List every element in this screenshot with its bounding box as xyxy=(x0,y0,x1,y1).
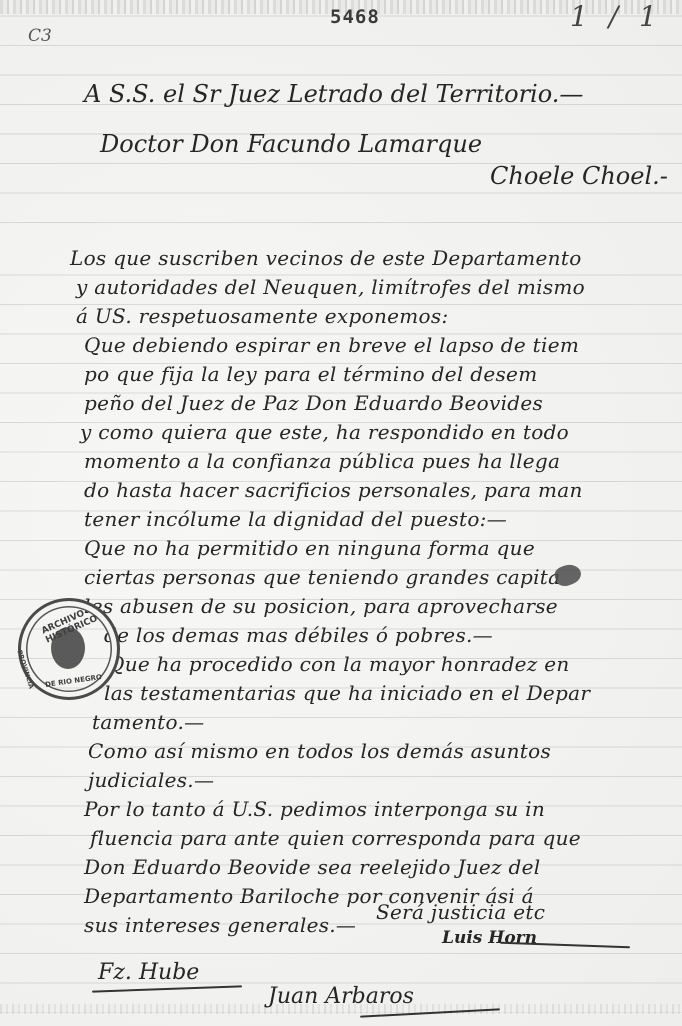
signature-1: Luis Horn xyxy=(442,928,537,948)
corner-annotation: C3 xyxy=(28,26,52,46)
address-line-3: Choele Choel.- xyxy=(490,162,668,190)
body-line: Como así mismo en todos los demás asunto… xyxy=(88,739,551,763)
signature-flourish xyxy=(92,985,242,992)
closing-formula: Será justicia etc xyxy=(376,900,545,924)
stamp-left-text: PROVINCIA xyxy=(15,649,35,690)
document-page: 5468 C3 1 / 1 A S.S. el Sr Juez Letrado … xyxy=(0,0,682,1026)
folio-mark: 1 / 1 xyxy=(570,0,663,33)
body-line: fluencia para ante quien corresponda par… xyxy=(90,826,581,850)
body-line: Por lo tanto á U.S. pedimos interponga s… xyxy=(84,797,545,821)
body-line: judiciales.— xyxy=(88,768,214,792)
signature-3: Juan Arbaros xyxy=(268,984,414,1009)
body-line: po que fija la ley para el término del d… xyxy=(84,362,537,386)
body-line: y autoridades del Neuquen, limítrofes de… xyxy=(76,275,585,299)
address-line-1: A S.S. el Sr Juez Letrado del Territorio… xyxy=(84,80,583,108)
body-line: momento a la confianza pública pues ha l… xyxy=(84,449,560,473)
body-line: Don Eduardo Beovide sea reelejido Juez d… xyxy=(84,855,540,879)
body-line: Los que suscriben vecinos de este Depart… xyxy=(70,246,582,270)
archive-stamp: ARCHIVO HISTÓRICO PROVINCIA DE RIO NEGRO xyxy=(18,598,120,700)
body-line: sus intereses generales.— xyxy=(84,913,356,937)
body-line: á US. respetuosamente exponemos: xyxy=(76,304,448,328)
body-line: y como quiera que este, ha respondido en… xyxy=(80,420,569,444)
body-line: tamento.— xyxy=(92,710,204,734)
body-line: tener incólume la dignidad del puesto:— xyxy=(84,507,507,531)
body-line: de los demas mas débiles ó pobres.— xyxy=(104,623,493,647)
body-line: do hasta hacer sacrificios personales, p… xyxy=(84,478,583,502)
body-line: peño del Juez de Paz Don Eduardo Beovide… xyxy=(84,391,543,415)
signature-2: Fz. Hube xyxy=(98,960,199,985)
address-line-2: Doctor Don Facundo Lamarque xyxy=(100,130,482,158)
body-line: Que ha procedido con la mayor honradez e… xyxy=(108,652,570,676)
body-line: Que no ha permitido en ninguna forma que xyxy=(84,536,535,560)
body-line: las testamentarias que ha iniciado en el… xyxy=(104,681,590,705)
stamp-bottom-text: DE RIO NEGRO xyxy=(45,673,103,689)
body-line: les abusen de su posicion, para aprovech… xyxy=(84,594,558,618)
body-line: Que debiendo espirar en breve el lapso d… xyxy=(84,333,579,357)
body-line: ciertas personas que teniendo grandes ca… xyxy=(84,565,560,589)
document-number: 5468 xyxy=(330,6,380,28)
